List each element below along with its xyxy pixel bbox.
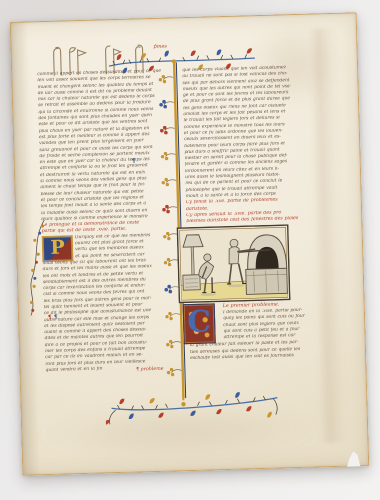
- pilcrow-blue2-icon: ¶: [54, 315, 58, 321]
- photo-backdrop: p̄mes: [0, 0, 380, 500]
- initial-p-block: P Ourquoy est ce que les membresouurez o…: [42, 232, 176, 261]
- parchment-surface: p̄mes: [10, 12, 370, 476]
- left-end-rubric: ¶ probleme: [136, 367, 164, 373]
- incipit-rubric: Cy apres sensuit la .xvie. partie des pr…: [186, 209, 320, 225]
- left-body-text: comme il appert es choses dessusdites et…: [37, 68, 174, 223]
- miniature-oven-scene: [177, 225, 291, 304]
- text-column-left: comme il appert es choses dessusdites et…: [37, 68, 178, 374]
- pilcrow-red-icon: ¶: [48, 315, 52, 321]
- pilcrow-blue-icon: ¶: [132, 158, 136, 164]
- illuminated-initial-p: P: [42, 235, 74, 262]
- right-body-text-beside-initial: I demande en la .xvie. partie pour-quoy …: [223, 307, 324, 341]
- manuscript-leaf: p̄mes: [10, 12, 370, 476]
- illuminated-initial-c: C: [183, 304, 216, 345]
- left-body-text-2: nous veons que cil qui labourent ont les…: [42, 257, 178, 374]
- text-column-right: que les corps viuans que len voit acoust…: [182, 64, 324, 362]
- left-body-text-beside-initial: Ourquoy est ce que les membresouurez ont…: [75, 232, 176, 260]
- right-body-text: que les corps viuans que len voit acoust…: [182, 64, 320, 200]
- initial-c-block: C Le premier problesme. I demande en la …: [189, 301, 324, 344]
- miniature-drawing-icon: [177, 225, 291, 304]
- text-line: attrempe et la response est car: [224, 332, 324, 341]
- bottom-border-vine-icon: [105, 387, 282, 428]
